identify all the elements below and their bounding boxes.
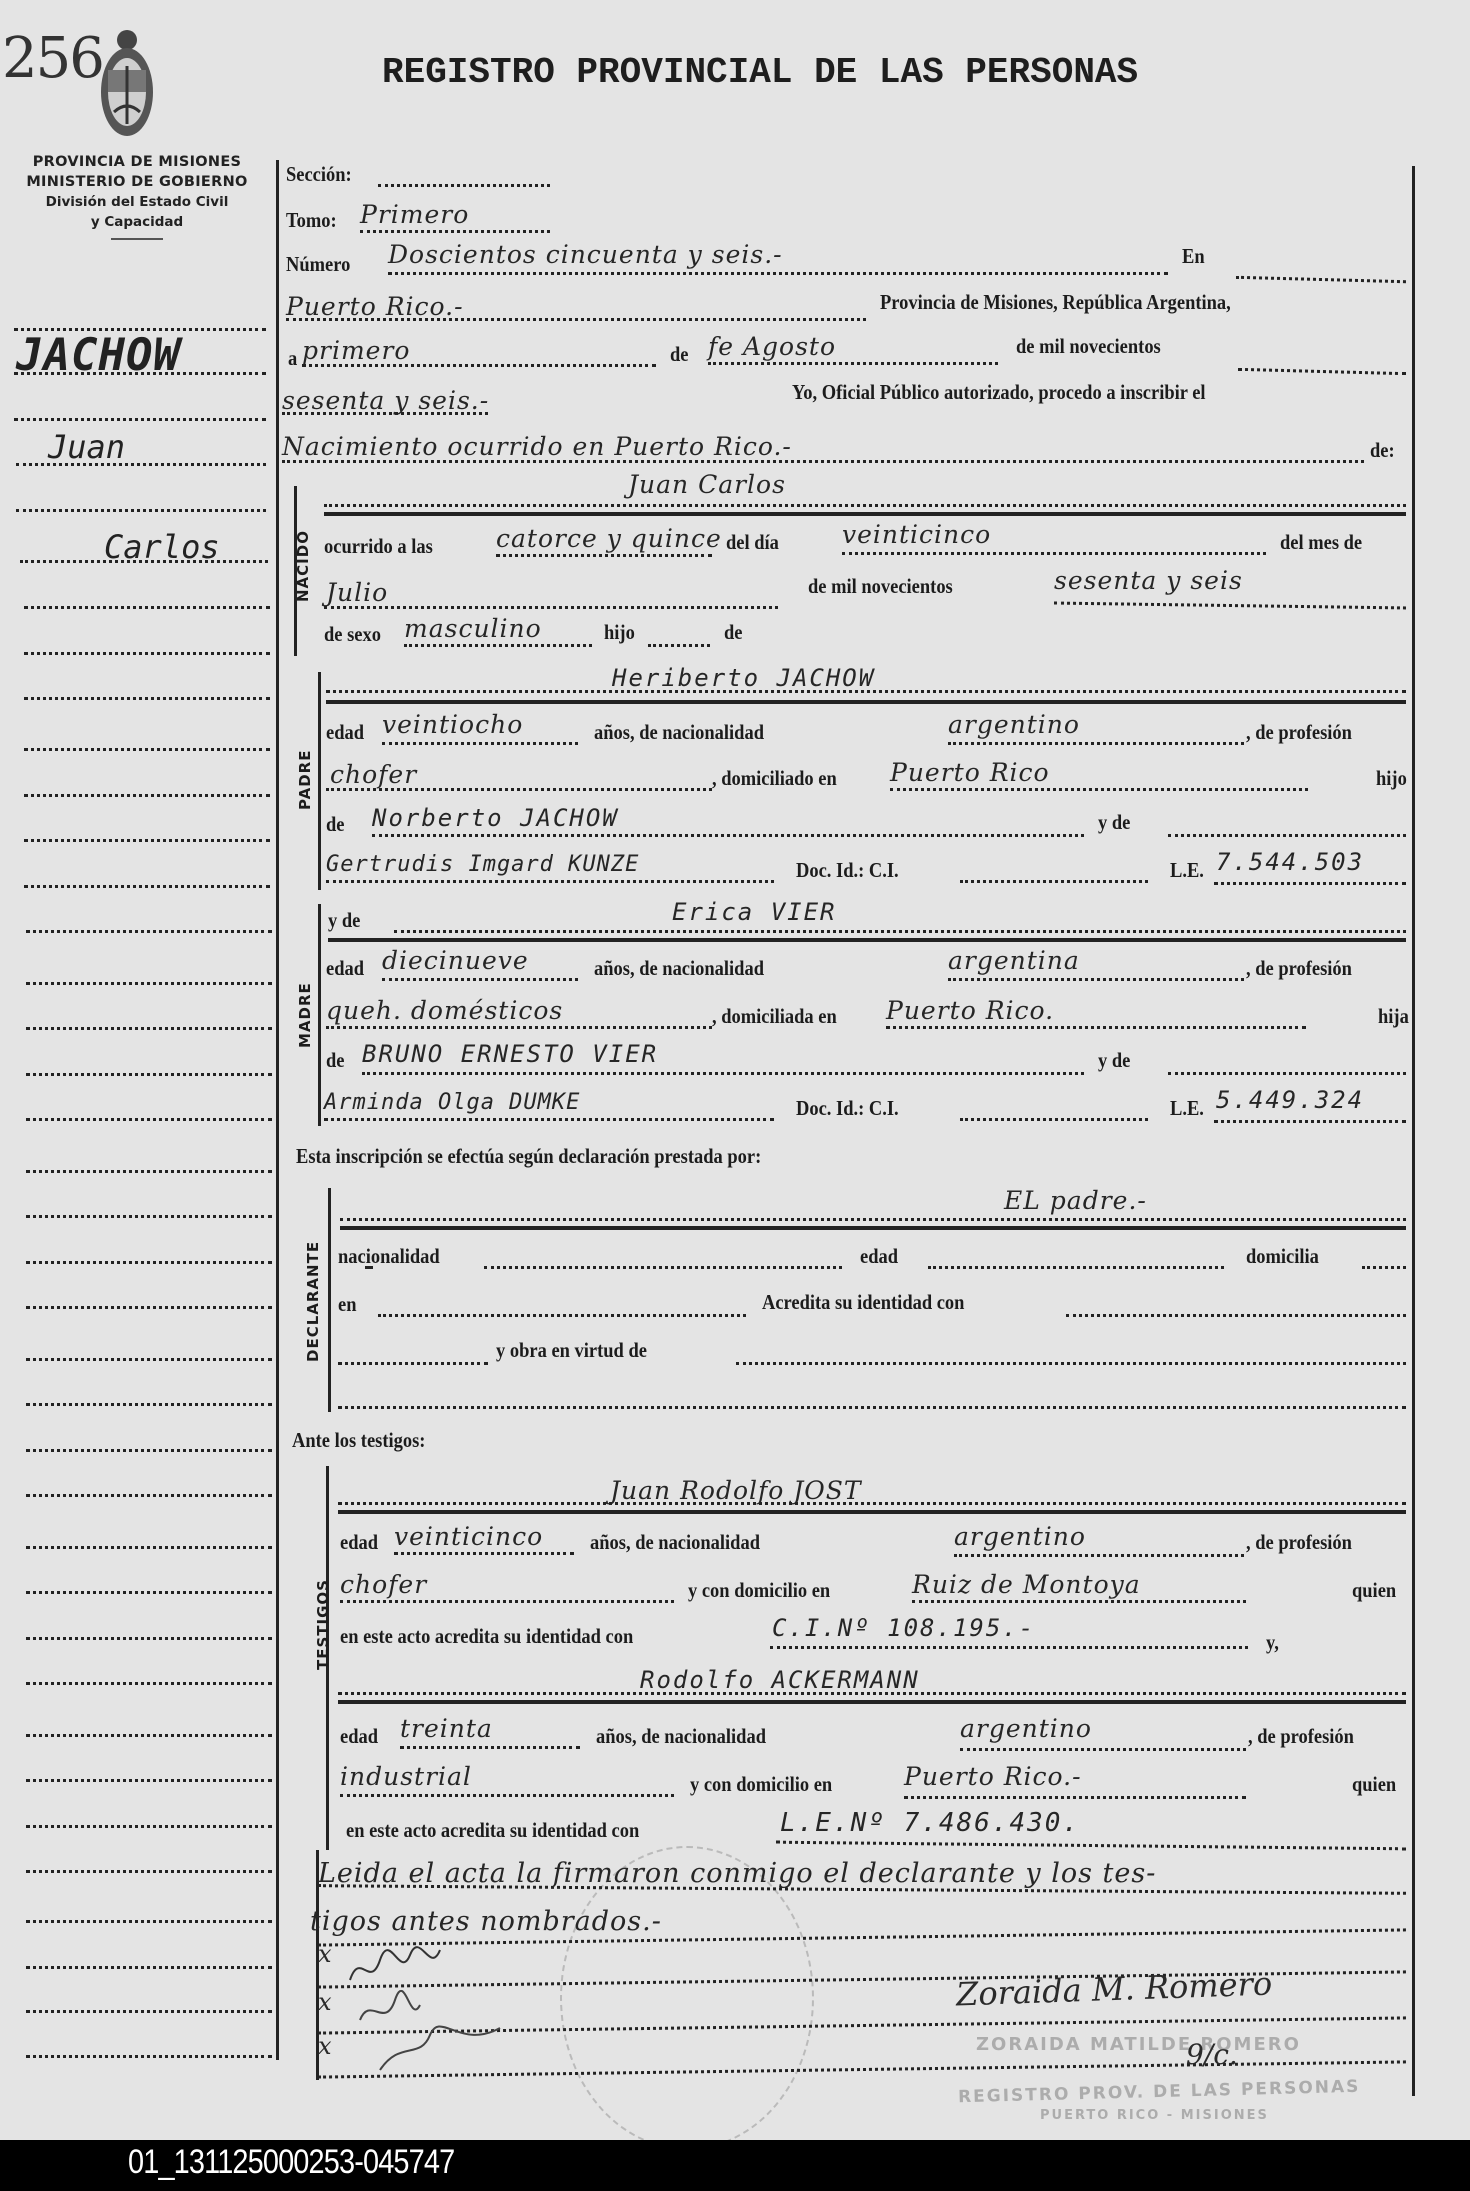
margin-divider xyxy=(276,160,279,2060)
madre-edad-label: edad xyxy=(326,956,364,981)
padre-de-label: de xyxy=(326,812,344,837)
birth-month-field xyxy=(324,606,778,609)
declarante-name-field xyxy=(340,1218,1406,1221)
birth-certificate-page: 256 REGISTRO PROVINCIAL DE LAS PERSONAS … xyxy=(0,0,1470,2140)
padre-edad-value: veintiocho xyxy=(382,710,523,739)
testigo2-id-value: L.E.Nº 7.486.430. xyxy=(780,1808,1080,1838)
office-stamp-line-2: PUERTO RICO - MISIONES xyxy=(1040,2108,1269,2123)
seal-stamp-icon xyxy=(560,1846,814,2150)
madre-le-value: 5.449.324 xyxy=(1216,1086,1364,1114)
issuer-ministry: MINISTERIO DE GOBIERNO xyxy=(12,172,262,192)
declarante-nacionalidad-field xyxy=(484,1266,842,1269)
madre-le-label: L.E. xyxy=(1170,1096,1204,1121)
testigo1-id-value: C.I.Nº 108.195.- xyxy=(772,1614,1035,1642)
testigo2-profesion-value: industrial xyxy=(340,1762,472,1791)
madre-domicilio-value: Puerto Rico. xyxy=(886,996,1054,1025)
signature-mark-3: x xyxy=(318,2032,332,2060)
hijo-label: hijo xyxy=(604,620,635,645)
folio-number: 256 xyxy=(2,26,103,91)
madre-y-de2-field xyxy=(1168,1072,1406,1075)
hour-field xyxy=(496,554,712,557)
padre-anos-label: años, de nacionalidad xyxy=(594,720,764,745)
testigo2-acredita-label: en este acto acredita su identidad con xyxy=(346,1818,639,1843)
place-field xyxy=(286,318,866,321)
testigo1-edad-value: veinticinco xyxy=(394,1522,543,1551)
mil-novecientos-label: de mil novecientos xyxy=(1016,334,1161,359)
testigo2-rule xyxy=(338,1700,1406,1704)
madre-father-field xyxy=(362,1072,1084,1075)
hour-value: catorce y quince xyxy=(496,524,722,553)
declarante-domicilia-label: domicilia xyxy=(1246,1244,1319,1269)
nacido-name-field xyxy=(324,504,1406,507)
signature-mark-1: x xyxy=(318,1940,332,1968)
declarante-bracket xyxy=(328,1188,331,1412)
madre-edad-field xyxy=(382,978,578,981)
seccion-label: Sección: xyxy=(286,162,352,187)
birth-mil-label: de mil novecientos xyxy=(808,574,953,599)
padre-domicilio-label: , domiciliado en xyxy=(712,766,837,791)
declarante-edad-label: edad xyxy=(860,1244,898,1269)
padre-nacionalidad-field xyxy=(948,742,1244,745)
province-text: Provincia de Misiones, República Argenti… xyxy=(880,290,1231,315)
a-label: a xyxy=(288,346,297,371)
testigo1-nacionalidad-value: argentino xyxy=(954,1522,1086,1551)
testigo2-nacionalidad-field xyxy=(960,1748,1246,1751)
padre-mother-field xyxy=(326,880,774,883)
margin-surname: JACHOW xyxy=(16,330,181,381)
padre-ci-field xyxy=(960,880,1148,883)
en-field xyxy=(1236,276,1406,283)
padre-profesion-label: , de profesión xyxy=(1246,720,1352,745)
madre-mother-field xyxy=(324,1118,774,1121)
padre-father-field xyxy=(372,834,1084,837)
issuer-division: División del Estado Civil xyxy=(12,192,262,212)
padre-domicilio-value: Puerto Rico xyxy=(890,758,1050,787)
office-stamp-line-1: REGISTRO PROV. DE LAS PERSONAS xyxy=(958,2077,1361,2108)
padre-le-value: 7.544.503 xyxy=(1216,848,1364,876)
madre-nacionalidad-field xyxy=(948,978,1244,981)
year-field xyxy=(282,412,488,415)
padre-name-field xyxy=(326,690,1406,693)
testigo2-profesion-field xyxy=(340,1794,674,1797)
testigo1-name-field xyxy=(338,1502,1406,1505)
de-colon-label: de: xyxy=(1370,438,1395,463)
madre-mother-value: Arminda Olga DUMKE xyxy=(324,1090,580,1115)
padre-hijo-label: hijo xyxy=(1376,766,1407,791)
del-mes-label: del mes de xyxy=(1280,530,1362,555)
testigo1-quien-label: quien xyxy=(1352,1578,1396,1603)
act-value: Nacimiento ocurrido en Puerto Rico.- xyxy=(282,432,792,461)
declarante-end-field xyxy=(338,1406,1406,1409)
declarante-acredita-field xyxy=(1066,1314,1406,1317)
madre-anos-label: años, de nacionalidad xyxy=(594,956,764,981)
document-title: REGISTRO PROVINCIAL DE LAS PERSONAS xyxy=(382,52,1138,93)
padre-edad-label: edad xyxy=(326,720,364,745)
declarante-domicilia-field xyxy=(1362,1266,1406,1269)
padre-y-de-label: y de xyxy=(1098,810,1130,835)
testigo2-profesion-label: , de profesión xyxy=(1248,1724,1354,1749)
tomo-field xyxy=(360,230,550,233)
declarante-nacionalidad-label: nacionalidad xyxy=(338,1244,440,1269)
birth-month-value: Julio xyxy=(326,578,388,607)
declarante-obra-field xyxy=(736,1362,1406,1365)
testigo1-rule xyxy=(338,1510,1406,1514)
scan-image-id: 01_131125000253-045747 xyxy=(128,2143,454,2182)
spacer xyxy=(368,1266,369,1269)
testigo1-y-label: y, xyxy=(1266,1630,1279,1655)
madre-edad-value: diecinueve xyxy=(382,946,529,975)
padre-doc-label: Doc. Id.: C.I. xyxy=(796,858,899,883)
padre-y-de-field xyxy=(1168,834,1406,837)
padre-profesion-value: chofer xyxy=(330,760,417,789)
testigo1-edad-field xyxy=(394,1552,574,1555)
testigo1-domicilio-label: y con domicilio en xyxy=(688,1578,830,1603)
madre-father-value: BRUNO ERNESTO VIER xyxy=(362,1040,658,1068)
padre-nacionalidad-value: argentino xyxy=(948,710,1080,739)
seccion-field xyxy=(378,184,550,187)
testigo2-name-field xyxy=(338,1692,1406,1695)
page-right-border xyxy=(1412,166,1415,2096)
madre-de-label: de xyxy=(326,1048,344,1073)
birth-year-value: sesenta y seis xyxy=(1054,566,1243,595)
testigo1-name: Juan Rodolfo JOST xyxy=(610,1476,862,1505)
testigo2-edad-label: edad xyxy=(340,1724,378,1749)
padre-edad-field xyxy=(382,742,578,745)
testigo2-domicilio-field xyxy=(904,1796,1246,1799)
en-label: En xyxy=(1182,244,1205,269)
testigo2-id-field xyxy=(776,1841,1406,1851)
madre-tag: MADRE xyxy=(296,982,314,1048)
numero-label: Número xyxy=(286,252,350,277)
official-signature: Zoraida M. Romero xyxy=(955,1964,1272,2013)
place-value: Puerto Rico.- xyxy=(286,292,464,321)
official-stamp-name: ZORAIDA MATILDE ROMERO xyxy=(976,2034,1301,2055)
testigo1-anos-label: años, de nacionalidad xyxy=(590,1530,760,1555)
madre-name-field xyxy=(394,930,1406,933)
declarante-acredita-label: Acredita su identidad con xyxy=(762,1290,964,1315)
madre-profesion-field xyxy=(326,1026,712,1029)
padre-profesion-field xyxy=(326,788,712,791)
padre-mother-value: Gertrudis Imgard KUNZE xyxy=(326,852,639,877)
padre-name: Heriberto JACHOW xyxy=(612,664,875,692)
testigo1-domicilio-value: Ruiz de Montoya xyxy=(912,1570,1141,1599)
testigo1-profesion-label: , de profesión xyxy=(1246,1530,1352,1555)
oficial-text: Yo, Oficial Público autorizado, procedo … xyxy=(792,380,1206,405)
nacido-name: Juan Carlos xyxy=(628,470,786,499)
day-value: primero xyxy=(302,336,410,365)
testigo1-domicilio-field xyxy=(912,1600,1246,1603)
madre-hija-label: hija xyxy=(1378,1004,1409,1029)
sexo-value: masculino xyxy=(404,614,542,643)
declarante-edad-field xyxy=(928,1266,1224,1269)
hijo-field xyxy=(648,644,710,647)
ocurrido-label: ocurrido a las xyxy=(324,534,433,559)
day-field xyxy=(302,364,656,367)
padre-le-field xyxy=(1214,882,1406,885)
testigo2-name: Rodolfo ACKERMANN xyxy=(640,1666,920,1694)
testigos-intro: Ante los testigos: xyxy=(292,1428,425,1453)
madre-nacionalidad-value: argentina xyxy=(948,946,1080,975)
day-of-birth-value: veinticinco xyxy=(842,520,991,549)
month-field xyxy=(708,362,998,365)
day-of-birth-field xyxy=(842,552,1266,555)
nacido-de-label: de xyxy=(724,620,742,645)
madre-bracket xyxy=(318,904,321,1126)
testigo2-anos-label: años, de nacionalidad xyxy=(596,1724,766,1749)
month-value: fe Agosto xyxy=(708,332,836,361)
sexo-field xyxy=(404,644,592,647)
year-value: sesenta y seis.- xyxy=(282,386,489,415)
padre-tag: PADRE xyxy=(296,750,314,810)
testigo1-acredita-label: en este acto acredita su identidad con xyxy=(340,1624,633,1649)
numero-field xyxy=(388,272,1168,275)
issuing-authority: PROVINCIA DE MISIONES MINISTERIO DE GOBI… xyxy=(12,152,262,240)
issuer-province: PROVINCIA DE MISIONES xyxy=(12,152,262,172)
declaracion-intro: Esta inscripción se efectúa según declar… xyxy=(296,1144,761,1169)
birth-year-field xyxy=(1054,602,1406,610)
mil-field xyxy=(1238,368,1406,375)
padre-father-value: Norberto JACHOW xyxy=(372,804,619,832)
declarante-en-label: en xyxy=(338,1292,356,1317)
testigo2-quien-label: quien xyxy=(1352,1772,1396,1797)
madre-y-de2-label: y de xyxy=(1098,1048,1130,1073)
padre-rule xyxy=(326,700,1406,704)
argentine-coat-of-arms-icon xyxy=(96,26,158,144)
testigo1-profesion-value: chofer xyxy=(340,1570,427,1599)
madre-le-field xyxy=(1214,1120,1406,1123)
numero-value: Doscientos cincuenta y seis.- xyxy=(388,240,783,269)
de-label: de xyxy=(670,342,688,367)
madre-ci-field xyxy=(960,1118,1148,1121)
declarante-en-field xyxy=(378,1314,746,1317)
del-dia-label: del día xyxy=(726,530,779,555)
official-stamp-role: 9/c. xyxy=(1186,2038,1238,2071)
madre-doc-label: Doc. Id.: C.I. xyxy=(796,1096,899,1121)
testigos-tag: TESTIGOS xyxy=(314,1579,332,1670)
testigo1-edad-label: edad xyxy=(340,1530,378,1555)
madre-y-de-label: y de xyxy=(328,908,360,933)
witness-signatures-scribble-icon xyxy=(340,1940,520,2080)
testigo2-nacionalidad-value: argentino xyxy=(960,1714,1092,1743)
madre-domicilio-field xyxy=(886,1026,1306,1029)
padre-domicilio-field xyxy=(890,788,1308,791)
testigo2-edad-value: treinta xyxy=(400,1714,493,1743)
madre-name: Erica VIER xyxy=(672,898,837,926)
declarante-obra-pre-field xyxy=(338,1362,488,1365)
margin-given-name-2: Carlos xyxy=(104,528,220,566)
issuer-rule xyxy=(111,238,163,240)
declarante-name: EL padre.- xyxy=(1004,1186,1147,1215)
testigo2-domicilio-value: Puerto Rico.- xyxy=(904,1762,1082,1791)
testigo2-edad-field xyxy=(400,1746,580,1749)
padre-bracket xyxy=(318,672,321,890)
madre-domicilio-label: , domiciliada en xyxy=(712,1004,837,1029)
declarante-tag: DECLARANTE xyxy=(304,1241,322,1362)
testigo1-nacionalidad-field xyxy=(954,1554,1244,1557)
nacido-rule xyxy=(324,512,1406,516)
testigo1-profesion-field xyxy=(340,1600,674,1603)
padre-le-label: L.E. xyxy=(1170,858,1204,883)
margin-given-name-1: Juan xyxy=(48,428,125,466)
madre-rule xyxy=(328,938,1406,942)
signature-mark-2: x xyxy=(318,1988,332,2016)
madre-profesion-label: , de profesión xyxy=(1246,956,1352,981)
tomo-label: Tomo: xyxy=(286,208,337,233)
declarante-rule xyxy=(340,1226,1406,1230)
sexo-label: de sexo xyxy=(324,622,381,647)
testigo2-domicilio-label: y con domicilio en xyxy=(690,1772,832,1797)
madre-profesion-value: queh. domésticos xyxy=(326,996,563,1025)
issuer-capacity: y Capacidad xyxy=(12,212,262,232)
declarante-obra-label: y obra en virtud de xyxy=(496,1338,647,1363)
tomo-value: Primero xyxy=(360,200,469,229)
testigo1-id-field xyxy=(770,1646,1248,1649)
act-field xyxy=(282,460,1364,463)
nacido-tag: NACIDO xyxy=(294,530,312,602)
